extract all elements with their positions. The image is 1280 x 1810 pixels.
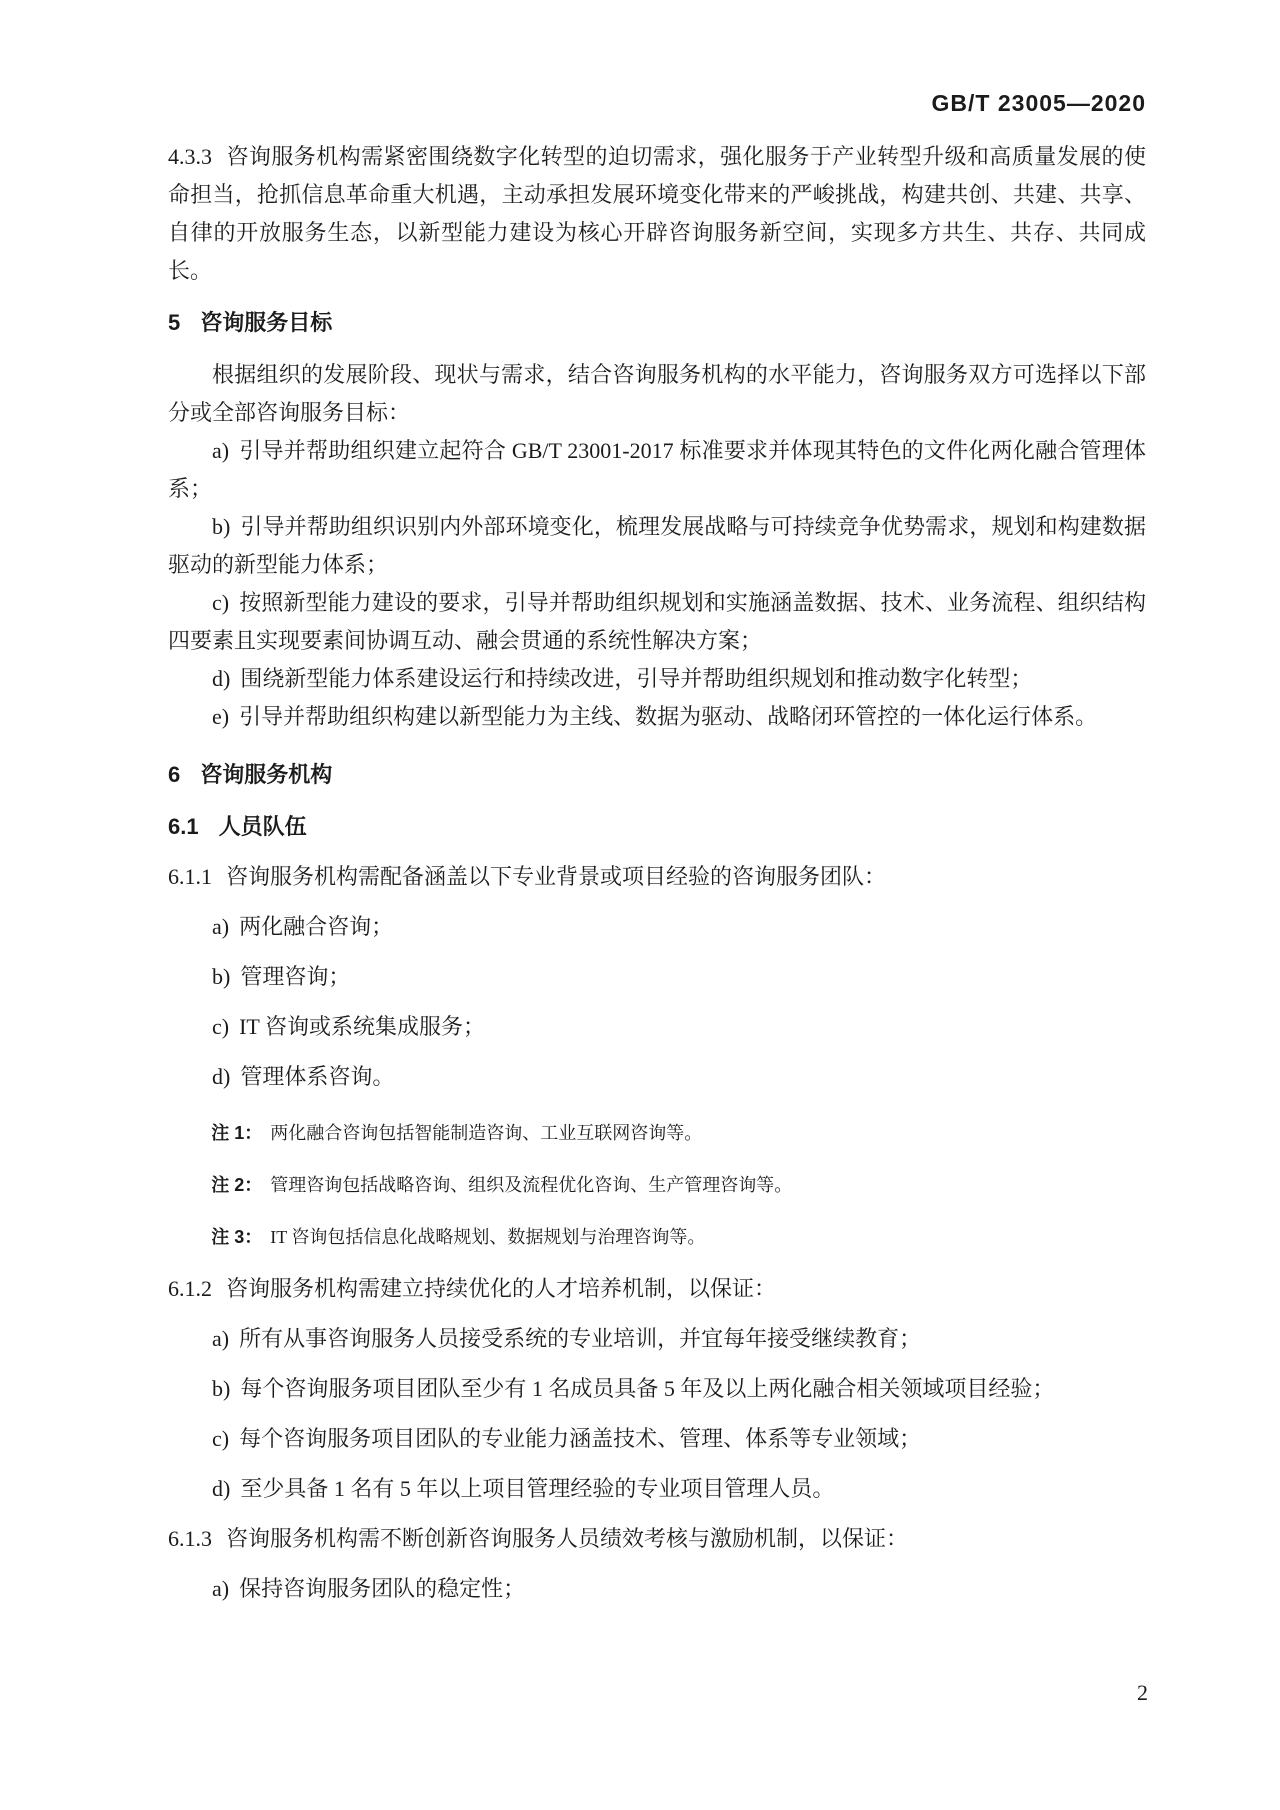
item-text: 每个咨询服务项目团队至少有 1 名成员具备 5 年及以上两化融合相关领域项目经验… (240, 1376, 1054, 1401)
clause-4-3-3-number: 4.3.3 (168, 144, 212, 169)
section-5-heading: 5咨询服务目标 (168, 304, 1146, 342)
section-5-title: 咨询服务目标 (200, 310, 332, 335)
section-5-item-e: e)引导并帮助组织构建以新型能力为主线、数据为驱动、战略闭环管控的一体化运行体系… (168, 698, 1146, 736)
item-label: d) (212, 666, 230, 691)
item-label: e) (212, 704, 229, 729)
note-3: 注 3：IT 咨询包括信息化战略规划、数据规划与治理咨询等。 (168, 1222, 1146, 1252)
item-text: 引导并帮助组织识别内外部环境变化，梳理发展战略与可持续竞争优势需求，规划和构建数… (168, 514, 1146, 577)
clause-6-1-1-item-d: d)管理体系咨询。 (168, 1058, 1146, 1096)
clause-6-1-2-item-a: a)所有从事咨询服务人员接受系统的专业培训，并宜每年接受继续教育； (168, 1320, 1146, 1358)
item-text: IT 咨询或系统集成服务； (239, 1014, 485, 1039)
note-2: 注 2：管理咨询包括战略咨询、组织及流程优化咨询、生产管理咨询等。 (168, 1170, 1146, 1200)
item-text: 两化融合咨询； (239, 914, 393, 939)
item-label: d) (212, 1064, 230, 1089)
document-page: GB/T 23005—2020 4.3.3咨询服务机构需紧密围绕数字化转型的迫切… (0, 0, 1280, 1810)
item-label: a) (212, 914, 229, 939)
clause-6-1-1-item-c: c)IT 咨询或系统集成服务； (168, 1008, 1146, 1046)
item-text: 引导并帮助组织构建以新型能力为主线、数据为驱动、战略闭环管控的一体化运行体系。 (239, 704, 1097, 729)
note-2-text: 管理咨询包括战略咨询、组织及流程优化咨询、生产管理咨询等。 (270, 1175, 792, 1195)
section-5-intro: 根据组织的发展阶段、现状与需求，结合咨询服务机构的水平能力，咨询服务双方可选择以… (168, 356, 1146, 432)
item-label: a) (212, 438, 229, 463)
note-2-label: 注 2： (211, 1175, 262, 1195)
note-1-label: 注 1： (211, 1123, 262, 1143)
clause-6-1-2-text: 咨询服务机构需建立持续优化的人才培养机制，以保证： (226, 1276, 776, 1301)
clause-6-1-3-number: 6.1.3 (168, 1526, 212, 1551)
section-5-item-d: d)围绕新型能力体系建设运行和持续改进，引导并帮助组织规划和推动数字化转型； (168, 660, 1146, 698)
item-text: 所有从事咨询服务人员接受系统的专业培训，并宜每年接受继续教育； (239, 1326, 921, 1351)
note-1-text: 两化融合咨询包括智能制造咨询、工业互联网咨询等。 (270, 1123, 702, 1143)
page-number: 2 (1137, 1678, 1148, 1708)
item-label: c) (212, 1426, 229, 1451)
clause-6-1-1-number: 6.1.1 (168, 864, 212, 889)
clause-6-1-1-item-b: b)管理咨询； (168, 958, 1146, 996)
clause-4-3-3-text: 咨询服务机构需紧密围绕数字化转型的迫切需求，强化服务于产业转型升级和高质量发展的… (168, 144, 1146, 283)
document-content: GB/T 23005—2020 4.3.3咨询服务机构需紧密围绕数字化转型的迫切… (0, 84, 1280, 1608)
clause-6-1-2-item-b: b)每个咨询服务项目团队至少有 1 名成员具备 5 年及以上两化融合相关领域项目… (168, 1370, 1146, 1408)
section-6-1-number: 6.1 (168, 814, 199, 839)
section-5-item-b: b)引导并帮助组织识别内外部环境变化，梳理发展战略与可持续竞争优势需求，规划和构… (168, 508, 1146, 584)
item-label: b) (212, 514, 230, 539)
item-text: 每个咨询服务项目团队的专业能力涵盖技术、管理、体系等专业领域； (239, 1426, 921, 1451)
item-text: 引导并帮助组织建立起符合 GB/T 23001-2017 标准要求并体现其特色的… (168, 438, 1146, 501)
item-label: b) (212, 964, 230, 989)
clause-6-1-2: 6.1.2咨询服务机构需建立持续优化的人才培养机制，以保证： (168, 1270, 1146, 1308)
clause-6-1-2-item-d: d)至少具备 1 名有 5 年以上项目管理经验的专业项目管理人员。 (168, 1470, 1146, 1508)
clause-6-1-2-number: 6.1.2 (168, 1276, 212, 1301)
clause-6-1-3-text: 咨询服务机构需不断创新咨询服务人员绩效考核与激励机制，以保证： (226, 1526, 908, 1551)
section-6-number: 6 (168, 762, 180, 787)
item-text: 围绕新型能力体系建设运行和持续改进，引导并帮助组织规划和推动数字化转型； (240, 666, 1032, 691)
section-5-item-c: c)按照新型能力建设的要求，引导并帮助组织规划和实施涵盖数据、技术、业务流程、组… (168, 584, 1146, 660)
item-text: 管理体系咨询。 (240, 1064, 394, 1089)
section-6-1-heading: 6.1人员队伍 (168, 808, 1146, 846)
section-6-title: 咨询服务机构 (200, 762, 332, 787)
note-1: 注 1：两化融合咨询包括智能制造咨询、工业互联网咨询等。 (168, 1118, 1146, 1148)
clause-6-1-3: 6.1.3咨询服务机构需不断创新咨询服务人员绩效考核与激励机制，以保证： (168, 1520, 1146, 1558)
item-label: a) (212, 1576, 229, 1601)
item-text: 按照新型能力建设的要求，引导并帮助组织规划和实施涵盖数据、技术、业务流程、组织结… (168, 590, 1146, 653)
standard-number-header: GB/T 23005—2020 (168, 84, 1146, 122)
section-5-number: 5 (168, 310, 180, 335)
section-6-heading: 6咨询服务机构 (168, 756, 1146, 794)
clause-6-1-3-item-a: a)保持咨询服务团队的稳定性； (168, 1570, 1146, 1608)
item-label: b) (212, 1376, 230, 1401)
item-label: a) (212, 1326, 229, 1351)
item-label: c) (212, 1014, 229, 1039)
clause-6-1-2-item-c: c)每个咨询服务项目团队的专业能力涵盖技术、管理、体系等专业领域； (168, 1420, 1146, 1458)
section-5-item-a: a)引导并帮助组织建立起符合 GB/T 23001-2017 标准要求并体现其特… (168, 432, 1146, 508)
note-3-label: 注 3： (211, 1227, 262, 1247)
item-text: 管理咨询； (240, 964, 350, 989)
clause-6-1-1-item-a: a)两化融合咨询； (168, 908, 1146, 946)
section-6-1-title: 人员队伍 (219, 814, 307, 839)
clause-6-1-1: 6.1.1咨询服务机构需配备涵盖以下专业背景或项目经验的咨询服务团队： (168, 858, 1146, 896)
item-text: 保持咨询服务团队的稳定性； (239, 1576, 525, 1601)
item-label: c) (212, 590, 229, 615)
clause-6-1-1-text: 咨询服务机构需配备涵盖以下专业背景或项目经验的咨询服务团队： (226, 864, 886, 889)
item-label: d) (212, 1476, 230, 1501)
clause-4-3-3: 4.3.3咨询服务机构需紧密围绕数字化转型的迫切需求，强化服务于产业转型升级和高… (168, 138, 1146, 290)
item-text: 至少具备 1 名有 5 年以上项目管理经验的专业项目管理人员。 (240, 1476, 834, 1501)
note-3-text: IT 咨询包括信息化战略规划、数据规划与治理咨询等。 (270, 1227, 705, 1247)
